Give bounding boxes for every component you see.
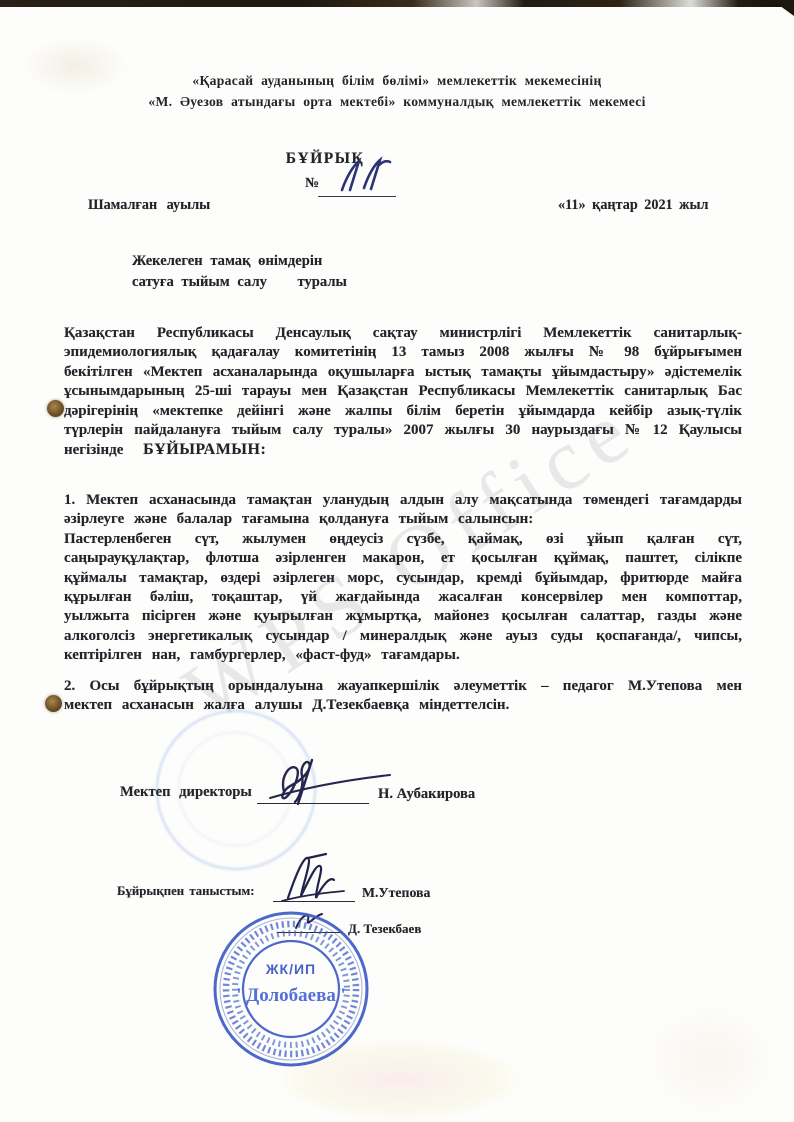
scan-smudge <box>640 1000 780 1120</box>
order-subject: Жекелеген тамақ өнімдерін сатуға тыйым с… <box>132 251 462 292</box>
acknowledgment-label: Бұйрықпен таныстым: <box>117 884 254 899</box>
order-title: БҰЙРЫҚ <box>0 150 650 168</box>
stamp-text-dolobaeva: "Долобаева" <box>236 985 347 1006</box>
issue-date: «11» қаңтар 2021 жыл <box>558 197 709 214</box>
order-item-2: 2. Осы бұйрықтың орындалуына жауапкершіл… <box>64 677 742 716</box>
resolve-word: БҰЙЫРАМЫН: <box>143 441 266 458</box>
director-name: Н. Аубакирова <box>378 786 475 803</box>
organization-line-2: «М. Әуезов атындағы орта мектебі» коммун… <box>60 91 734 112</box>
director-label: Мектеп директоры <box>120 784 252 801</box>
handwritten-order-number <box>326 156 404 196</box>
utepova-signature <box>278 852 348 904</box>
utepova-name: М.Утепова <box>362 885 430 901</box>
order-item-1: 1. Мектеп асханасында тамақтан уланудың … <box>64 491 742 666</box>
hole-punch-top <box>47 400 64 417</box>
preamble-text: Қазақстан Республикасы Денсаулық сақтау … <box>64 325 742 458</box>
scanned-order-document: WPS Office «Қарасай ауданының білім бөлі… <box>0 0 794 1122</box>
scan-corner-artifact <box>772 0 794 16</box>
issuing-organization-header: «Қарасай ауданының білім бөлімі» мемлеке… <box>60 70 734 112</box>
issue-place: Шамалған ауылы <box>88 197 210 214</box>
round-stamp: ЖК/ИП "Долобаева" <box>204 900 378 1074</box>
stamp-graphic: ЖК/ИП "Долобаева" <box>204 900 378 1074</box>
order-preamble: Қазақстан Республикасы Денсаулық сақтау … <box>64 324 742 461</box>
organization-line-1: «Қарасай ауданының білім бөлімі» мемлеке… <box>60 70 734 91</box>
hole-punch-bottom <box>45 695 62 712</box>
item-1-directive: 1. Мектеп асханасында тамақтан уланудың … <box>64 491 742 530</box>
order-number-label: № <box>305 176 319 192</box>
director-signature <box>268 758 394 806</box>
item-1-food-list: Пастерленбеген сүт, жылумен өңдеусіз сүз… <box>64 530 742 666</box>
director-signature-line <box>257 803 369 804</box>
order-number-line <box>318 196 396 197</box>
stamp-text-zhk-ip: ЖК/ИП <box>265 961 316 977</box>
scan-top-edge-artifact <box>0 0 794 7</box>
